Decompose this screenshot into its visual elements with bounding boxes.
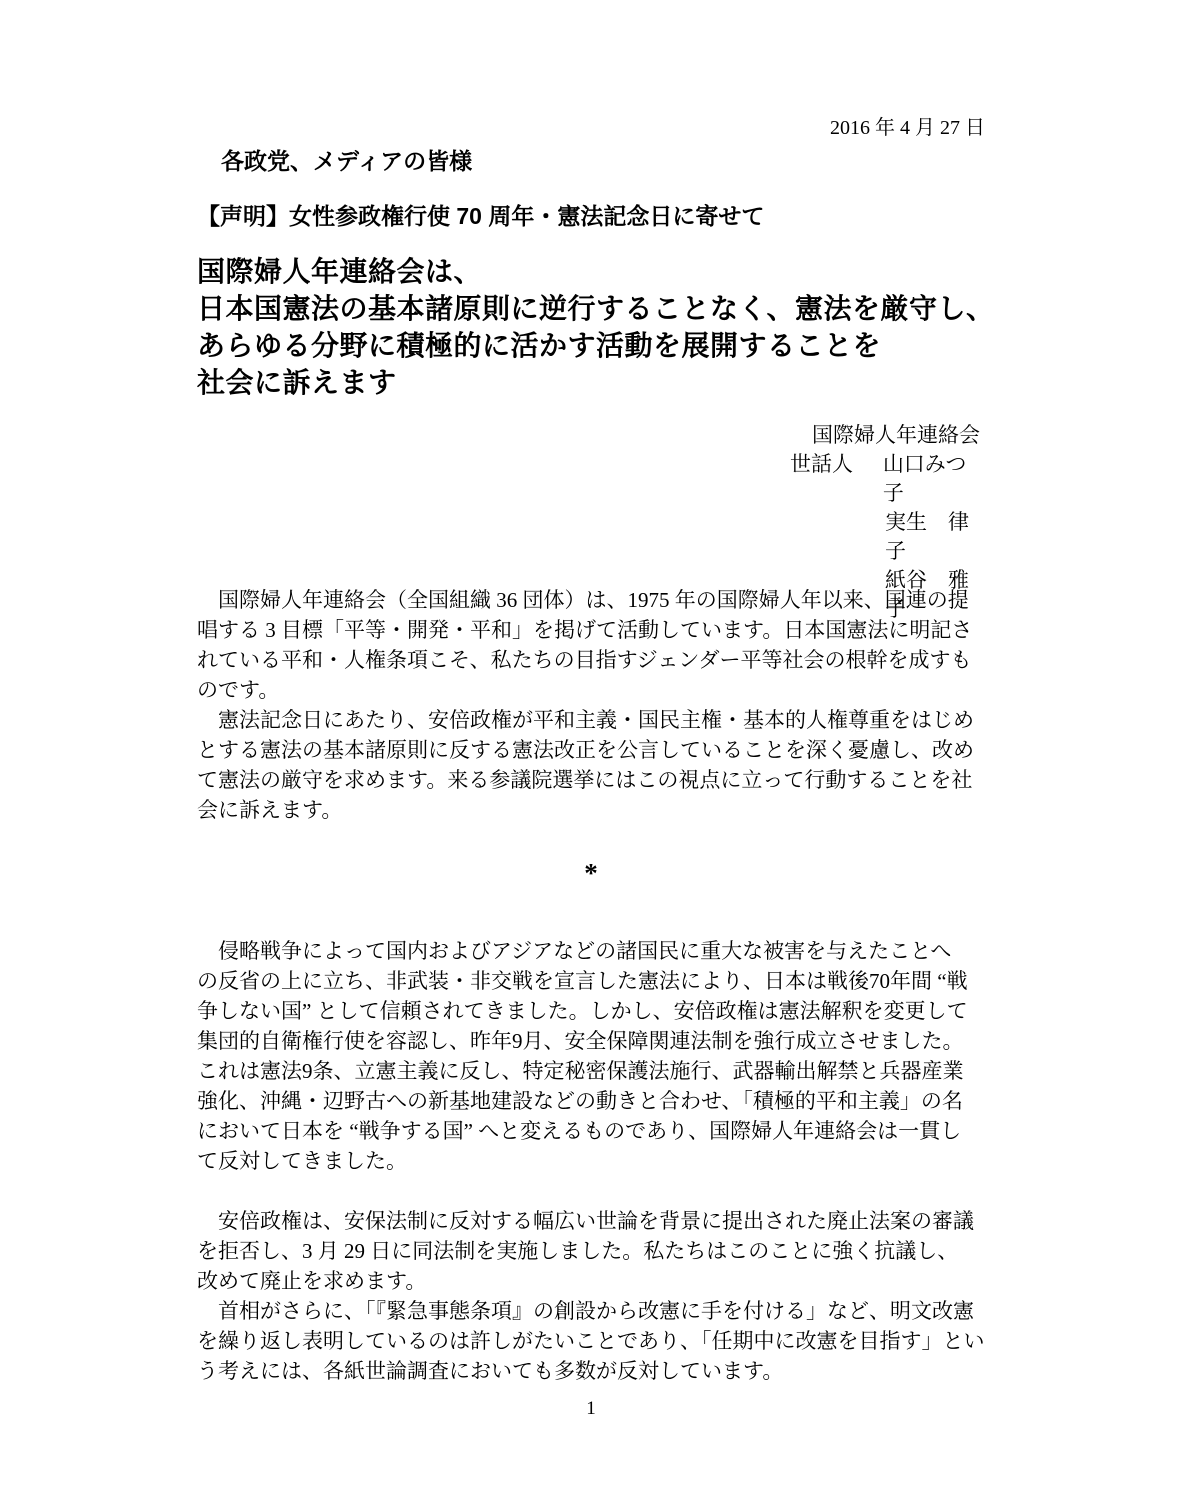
section-separator: * [197,858,985,889]
signature-caretaker-row: 世話人 山口みつ子 [790,450,985,508]
page-number: 1 [197,1398,985,1420]
signature-name-row: 実生 律子 [790,508,985,566]
text-line: において日本を “戦争する国” へと変えるものであり、国際婦人年連絡会は一貫し [197,1116,985,1146]
text-line: とする憲法の基本諸原則に反する憲法改正を公言していることを深く憂慮し、改め [197,735,985,765]
text-line: う考えには、各紙世論調査においても多数が反対しています。 [197,1356,985,1386]
headline: 国際婦人年連絡会は、日本国憲法の基本諸原則に逆行することなく、憲法を厳守し、あら… [197,253,985,401]
statement-subject: 【声明】女性参政権行使 70 周年・憲法記念日に寄せて [197,200,764,232]
text-line: 侵略戦争によって国内およびアジアなどの諸国民に重大な被害を与えたことへ [197,936,985,966]
signature-name: 実生 律子 [885,508,985,566]
signature-role: 世話人 [790,450,883,508]
text-line: 唱する 3 目標「平等・開発・平和」を掲げて活動しています。日本国憲法に明記さ [197,615,985,645]
date: 2016 年 4 月 27 日 [830,113,985,143]
text-line: れている平和・人権条項こそ、私たちの目指すジェンダー平等社会の根幹を成すも [197,645,985,675]
page-content: 2016 年 4 月 27 日 各政党、メディアの皆様 【声明】女性参政権行使 … [197,0,985,1500]
body-paragraph: 国際婦人年連絡会（全国組織 36 団体）は、1975 年の国際婦人年以来、国連の… [197,585,985,825]
text-line: 日本国憲法の基本諸原則に逆行することなく、憲法を厳守し、 [197,290,985,327]
text-line: 国際婦人年連絡会は、 [197,253,985,290]
text-line: の反省の上に立ち、非武装・非交戦を宣言した憲法により、日本は戦後70年間 “戦 [197,966,985,996]
text-line: 改めて廃止を求めます。 [197,1266,985,1296]
text-line: を拒否し、3 月 29 日に同法制を実施しました。私たちはこのことに強く抗議し、 [197,1236,985,1266]
text-line: を繰り返し表明しているのは許しがたいことであり、「任期中に改憲を目指す」とい [197,1326,985,1356]
text-line: あらゆる分野に積極的に活かす活動を展開することを [197,327,985,364]
text-line: のです。 [197,675,985,705]
text-line: 争しない国” として信頼されてきました。しかし、安倍政権は憲法解釈を変更して [197,996,985,1026]
text-line: 首相がさらに、「『緊急事態条項』の創設から改憲に手を付ける」など、明文改憲 [197,1296,985,1326]
text-line: 国際婦人年連絡会（全国組織 36 団体）は、1975 年の国際婦人年以来、国連の… [197,585,985,615]
text-line: 集団的自衛権行使を容認し、昨年9月、安全保障関連法制を強行成立させました。 [197,1026,985,1056]
body-paragraph: 侵略戦争によって国内およびアジアなどの諸国民に重大な被害を与えたことへの反省の上… [197,936,985,1176]
text-line: て反対してきました。 [197,1146,985,1176]
text-line: て憲法の厳守を求めます。来る参議院選挙にはこの視点に立って行動することを社 [197,765,985,795]
text-line: 憲法記念日にあたり、安倍政権が平和主義・国民主権・基本的人権尊重をはじめ [197,705,985,735]
text-line: 安倍政権は、安保法制に反対する幅広い世論を背景に提出された廃止法案の審議 [197,1206,985,1236]
signature-org: 国際婦人年連絡会 [812,421,985,450]
text-line: 強化、沖縄・辺野古への新基地建設などの動きと合わせ、「積極的平和主義」の名 [197,1086,985,1116]
text-line: 会に訴えます。 [197,795,985,825]
recipient: 各政党、メディアの皆様 [221,145,472,177]
body-paragraph: 安倍政権は、安保法制に反対する幅広い世論を背景に提出された廃止法案の審議を拒否し… [197,1206,985,1386]
text-line: 社会に訴えます [197,364,985,401]
signature-name: 山口みつ子 [883,450,985,508]
text-line: これは憲法9条、立憲主義に反し、特定秘密保護法施行、武器輸出解禁と兵器産業 [197,1056,985,1086]
document-page: 2016 年 4 月 27 日 各政党、メディアの皆様 【声明】女性参政権行使 … [0,0,1198,1500]
